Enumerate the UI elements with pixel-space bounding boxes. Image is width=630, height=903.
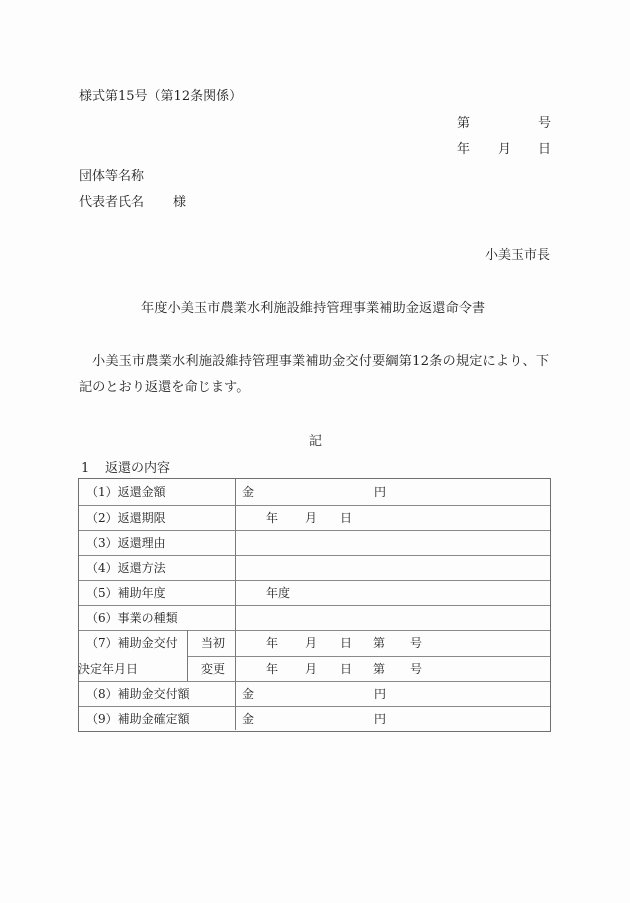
row-label-return-deadline: （2）返還期限 bbox=[86, 511, 166, 525]
row-label-subsidy-year: （5）補助年度 bbox=[86, 586, 166, 600]
return-details-table: （1）返還金額 金 円 （2）返還期限 年 月 日 （3）返還理由 （4）返還方… bbox=[78, 478, 551, 732]
section-title: 返還の内容 bbox=[105, 461, 170, 476]
deadline-year: 年 bbox=[266, 511, 278, 525]
document-title: 年度小美玉市農業水利施設維持管理事業補助金返還命令書 bbox=[141, 301, 485, 317]
subsidy-year-nendo: 年度 bbox=[266, 586, 290, 600]
sub-label-change: 変更 bbox=[201, 662, 225, 676]
row-divider bbox=[79, 630, 550, 631]
initial-month: 月 bbox=[305, 636, 317, 650]
row-label-grant-amount: （8）補助金交付額 bbox=[86, 687, 190, 701]
ki-heading: 記 bbox=[309, 434, 322, 450]
sub-label-initial: 当初 bbox=[201, 636, 225, 650]
initial-no-prefix: 第 bbox=[373, 636, 385, 650]
change-no-suffix: 号 bbox=[410, 662, 422, 676]
column-divider-sub bbox=[187, 630, 188, 681]
initial-no-suffix: 号 bbox=[410, 636, 422, 650]
row-label-grant-decision-2: 決定年月日 bbox=[78, 662, 138, 676]
initial-year: 年 bbox=[266, 636, 278, 650]
recipient-rep-label: 代表者氏名 bbox=[79, 195, 144, 211]
grant-amount-yen: 円 bbox=[374, 687, 386, 701]
form-number: 様式第15号（第12条関係） bbox=[79, 89, 242, 105]
doc-number-suffix: 号 bbox=[538, 116, 551, 132]
deadline-day: 日 bbox=[340, 511, 352, 525]
date-month: 月 bbox=[498, 142, 511, 158]
row-label-grant-decision-1: （7）補助金交付 bbox=[86, 636, 178, 650]
return-amount-yen: 円 bbox=[374, 485, 386, 499]
row-label-confirmed-amount: （9）補助金確定額 bbox=[86, 712, 190, 726]
row-divider bbox=[79, 605, 550, 606]
initial-day: 日 bbox=[340, 636, 352, 650]
row-label-project-type: （6）事業の種類 bbox=[86, 611, 178, 625]
body-text-line-2: 記のとおり返還を命じます。 bbox=[79, 380, 249, 396]
issuer: 小美玉市長 bbox=[485, 248, 550, 264]
row-label-return-reason: （3）返還理由 bbox=[86, 536, 166, 550]
section-number: 1 bbox=[81, 461, 105, 477]
recipient-org-label: 団体等名称 bbox=[79, 169, 144, 185]
recipient-honorific: 様 bbox=[173, 195, 186, 211]
row-divider bbox=[79, 580, 550, 581]
return-amount-kin: 金 bbox=[242, 485, 254, 499]
confirmed-amount-yen: 円 bbox=[374, 712, 386, 726]
row-divider bbox=[79, 681, 550, 682]
change-day: 日 bbox=[340, 662, 352, 676]
row-divider bbox=[79, 530, 550, 531]
row-label-return-amount: （1）返還金額 bbox=[86, 485, 166, 499]
row-divider bbox=[79, 706, 550, 707]
row-label-return-method: （4）返還方法 bbox=[86, 561, 166, 575]
change-month: 月 bbox=[305, 662, 317, 676]
grant-amount-kin: 金 bbox=[242, 687, 254, 701]
doc-number-prefix: 第 bbox=[457, 116, 470, 132]
row-divider-sub bbox=[188, 656, 550, 657]
date-day: 日 bbox=[538, 142, 551, 158]
column-divider bbox=[235, 479, 236, 730]
change-year: 年 bbox=[266, 662, 278, 676]
deadline-month: 月 bbox=[305, 511, 317, 525]
section-heading: 1返還の内容 bbox=[81, 461, 170, 477]
date-year: 年 bbox=[457, 142, 470, 158]
body-text-line-1: 小美玉市農業水利施設維持管理事業補助金交付要綱第12条の規定により、下 bbox=[92, 354, 549, 370]
row-divider bbox=[79, 505, 550, 506]
change-no-prefix: 第 bbox=[373, 662, 385, 676]
row-divider bbox=[79, 555, 550, 556]
confirmed-amount-kin: 金 bbox=[242, 712, 254, 726]
